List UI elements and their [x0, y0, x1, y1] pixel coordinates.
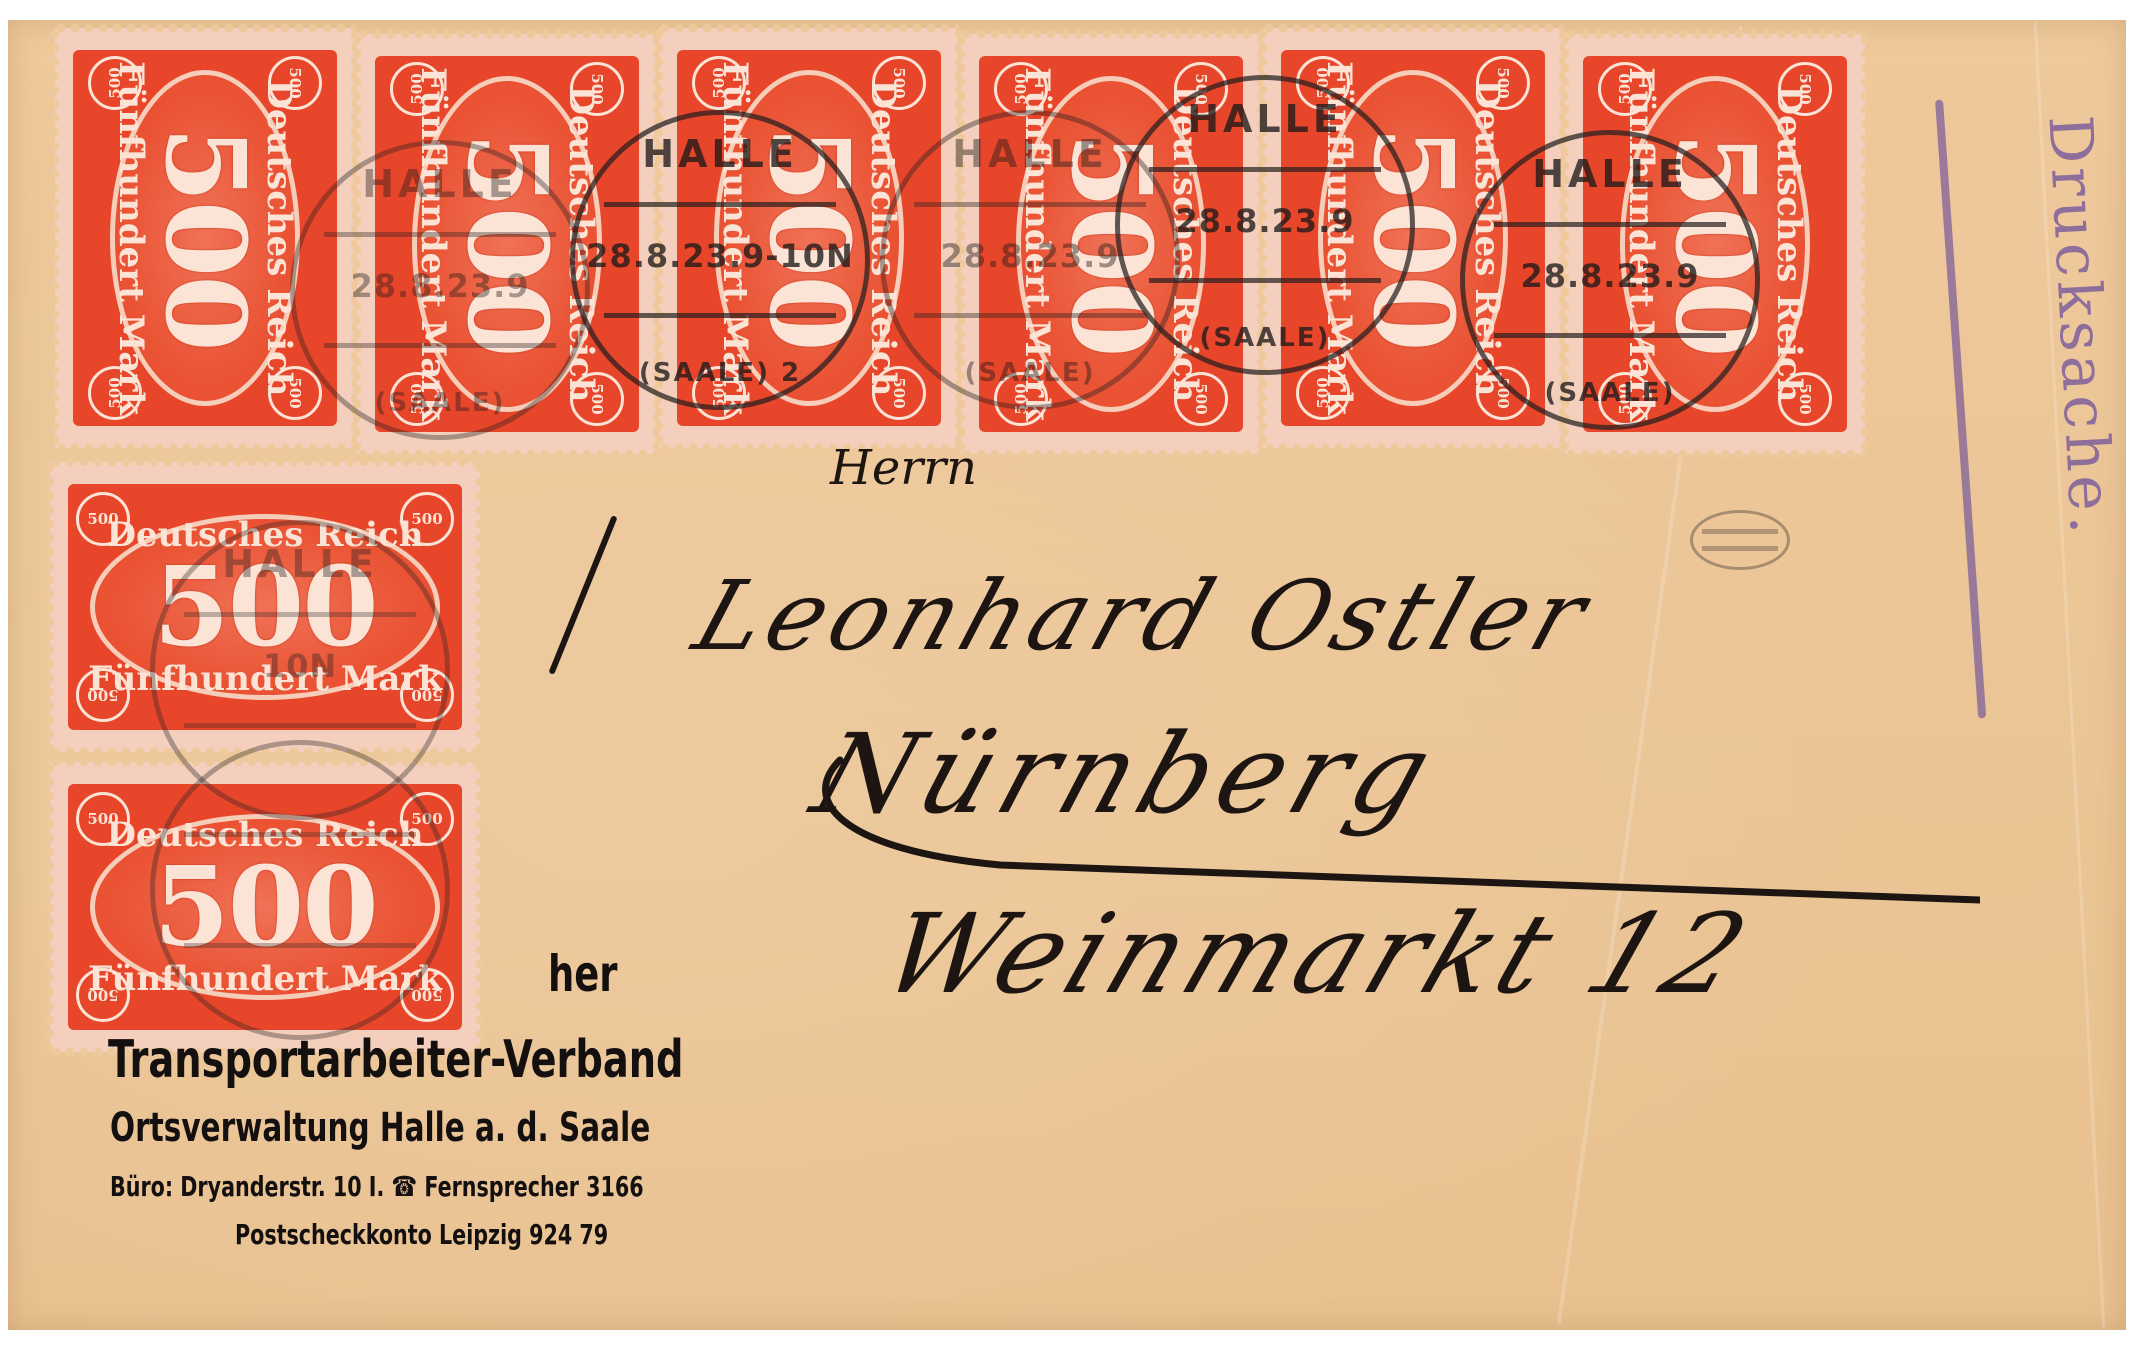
stamp-corner-value: 500	[570, 62, 624, 116]
sender-office: Büro: Dryanderstr. 10 I. ☎ Fernsprecher …	[110, 1170, 644, 1203]
stamp-corner-value: 500	[88, 56, 142, 110]
stamp-corner-value: 500	[1476, 56, 1530, 110]
stamp-corner-value: 500	[692, 56, 746, 110]
postmark: HALLE 28.8.23.9-10N (SAALE) 2	[570, 110, 870, 410]
sender-line-3: Ortsverwaltung Halle a. d. Saale	[110, 1105, 650, 1151]
stamp-corner-value: 500	[1778, 372, 1832, 426]
sender-account: Postscheckkonto Leipzig 924 79	[235, 1218, 608, 1251]
stamp-corner-value: 500	[76, 492, 130, 546]
stamp-corner-value: 500	[268, 56, 322, 110]
stamp-corner-value: 500	[1778, 62, 1832, 116]
postmark	[150, 740, 450, 1040]
sender-line-2: Transportarbeiter-Verband	[108, 1030, 684, 1090]
stamp-corner-value: 500	[76, 968, 130, 1022]
stamp-corner-value: 500	[76, 792, 130, 846]
stamp-corner-value: 500	[390, 62, 444, 116]
address-name: Leonhard Ostler	[682, 560, 1605, 672]
postmark: HALLE 28.8.23.9 (SAALE)	[290, 140, 590, 440]
stamp-corner-value: 500	[994, 62, 1048, 116]
postmark-partial	[1690, 510, 1790, 570]
stamp-corner-value: 500	[1296, 366, 1350, 420]
stamp-corner-value: 500	[76, 668, 130, 722]
address-salutation: Herrn	[830, 440, 977, 496]
stamp-corner-value: 500	[400, 492, 454, 546]
postmark: HALLE 28.8.23.9 (SAALE)	[1460, 130, 1760, 430]
stamp-design: Deutsches Reich 500 Fünfhundert Mark 500…	[73, 50, 337, 426]
address-street: Weinmarkt 12	[867, 890, 1769, 1018]
sender-line-1: her	[548, 945, 617, 1003]
stamp-corner-value: 500	[872, 56, 926, 110]
stamp-corner-value: 500	[1174, 372, 1228, 426]
stamp-corner-value: 500	[1598, 62, 1652, 116]
stamp-corner-value: 500	[88, 366, 142, 420]
postmark: HALLE 28.8.23.9 (SAALE)	[1115, 75, 1415, 375]
stamp-value: 500	[150, 50, 260, 426]
